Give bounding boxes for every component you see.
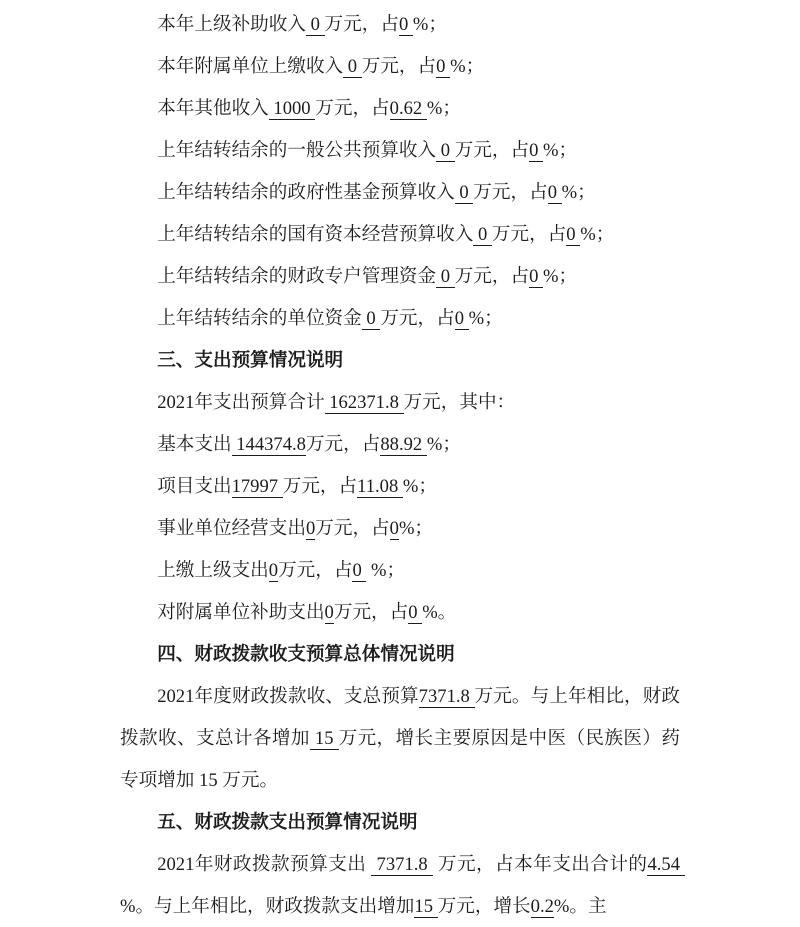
text-segment: %； [543, 140, 577, 161]
paragraph: 本年其他收入 1000 万元，占0.62 %； [120, 88, 680, 130]
text-segment: %； [427, 434, 461, 455]
underlined-value: 0.2 [531, 896, 554, 918]
text-segment: 2021年财政拨款预算支出 [157, 854, 371, 875]
underlined-value: 0 [529, 266, 543, 288]
text-segment: 本年其他收入 [157, 98, 269, 119]
paragraph: 2021年度财政拨款收、支总预算7371.8 万元。与上年相比，财政拨款收、支总… [120, 676, 680, 802]
underlined-value: 0 [436, 266, 455, 288]
paragraph: 上年结转结余的国有资本经营预算收入 0 万元，占0 %； [120, 214, 680, 256]
underlined-value: 0 [529, 140, 543, 162]
underlined-value: 4.54 [647, 854, 684, 876]
paragraph: 上年结转结余的一般公共预算收入 0 万元，占0 %； [120, 130, 680, 172]
underlined-value: 7371.8 [419, 686, 475, 708]
underlined-value: 0 [548, 182, 562, 204]
underlined-value: 0 [343, 56, 362, 78]
underlined-value: 88.92 [380, 434, 426, 456]
underlined-value: 0 [306, 14, 325, 36]
text-segment: 本年附属单位上缴收入 [157, 56, 343, 77]
text-segment: 万元，占 [380, 308, 454, 329]
text-segment: 对附属单位补助支出 [157, 602, 324, 623]
underlined-value: 0 [390, 518, 399, 540]
text-segment: 上年结转结余的财政专户管理资金 [157, 266, 436, 287]
text-segment: 万元，占 [455, 266, 529, 287]
text-segment: 四、财政拨款收支预算总体情况说明 [157, 644, 455, 665]
underlined-value: 0 [436, 140, 455, 162]
text-segment: 上年结转结余的一般公共预算收入 [157, 140, 436, 161]
paragraph: 事业单位经营支出0万元，占0%； [120, 508, 680, 550]
text-segment: 2021年度财政拨款收、支总预算 [157, 686, 418, 707]
paragraph: 2021年支出预算合计 162371.8 万元，其中： [120, 382, 680, 424]
section-heading: 四、财政拨款收支预算总体情况说明 [120, 634, 680, 676]
text-segment: 万元，占 [315, 518, 389, 539]
underlined-value: 162371.8 [325, 392, 404, 414]
underlined-value: 0 [455, 308, 469, 330]
text-segment: %； [469, 308, 503, 329]
underlined-value: 0.62 [390, 98, 427, 120]
text-segment: 万元，占 [362, 56, 436, 77]
text-segment: 万元，占 [315, 98, 389, 119]
underlined-value: 0 [306, 518, 315, 540]
underlined-value: 0 [352, 560, 366, 582]
text-segment: 三、支出预算情况说明 [157, 350, 343, 371]
text-segment: 上年结转结余的单位资金 [157, 308, 362, 329]
text-segment: 万元，占 [306, 434, 380, 455]
underlined-value: 0 [436, 56, 450, 78]
text-segment: %； [580, 224, 614, 245]
text-segment: 万元，占 [283, 476, 357, 497]
text-segment: 上缴上级支出 [157, 560, 269, 581]
paragraph: 项目支出17997 万元，占11.08 %； [120, 466, 680, 508]
underlined-value: 0 [455, 182, 474, 204]
underlined-value: 15 [414, 896, 437, 918]
underlined-value: 7371.8 [371, 854, 432, 876]
text-segment: 万元，增长 [438, 896, 531, 917]
paragraph: 上年结转结余的政府性基金预算收入 0 万元，占0 %； [120, 172, 680, 214]
text-segment: %； [543, 266, 577, 287]
text-segment: 万元，占 [278, 560, 352, 581]
document-page: 本年上级补助收入 0 万元，占0 %；本年附属单位上缴收入 0 万元，占0 %；… [0, 0, 800, 927]
text-segment: 万元，占 [455, 140, 529, 161]
text-segment: 2021年支出预算合计 [157, 392, 324, 413]
text-segment: 万元，占 [473, 182, 547, 203]
text-segment: 上年结转结余的国有资本经营预算收入 [157, 224, 473, 245]
text-segment: 项目支出 [157, 476, 231, 497]
text-segment: 事业单位经营支出 [157, 518, 306, 539]
text-segment: %； [562, 182, 596, 203]
text-segment: %； [427, 98, 461, 119]
underlined-value: 144374.8 [232, 434, 306, 456]
paragraph: 上缴上级支出0万元，占0 %； [120, 550, 680, 592]
text-segment: 万元，占 [334, 602, 408, 623]
underlined-value: 11.08 [357, 476, 403, 498]
underlined-value: 0 [566, 224, 580, 246]
text-segment: 五、财政拨款支出预算情况说明 [157, 812, 417, 833]
underlined-value: 0 [269, 560, 278, 582]
text-segment: %； [450, 56, 484, 77]
underlined-value: 1000 [269, 98, 315, 120]
paragraph: 上年结转结余的财政专户管理资金 0 万元，占0 %； [120, 256, 680, 298]
text-segment: %。 [422, 602, 456, 623]
paragraph: 本年上级补助收入 0 万元，占0 %； [120, 4, 680, 46]
underlined-value: 17997 [232, 476, 283, 498]
section-heading: 三、支出预算情况说明 [120, 340, 680, 382]
paragraph: 本年附属单位上缴收入 0 万元，占0 %； [120, 46, 680, 88]
text-segment: 基本支出 [157, 434, 231, 455]
text-segment: 本年上级补助收入 [157, 14, 306, 35]
text-segment: 上年结转结余的政府性基金预算收入 [157, 182, 455, 203]
text-segment: %； [399, 518, 433, 539]
paragraph: 基本支出 144374.8万元，占88.92 %； [120, 424, 680, 466]
underlined-value: 0 [399, 14, 413, 36]
section-heading: 五、财政拨款支出预算情况说明 [120, 802, 680, 844]
document-body: 本年上级补助收入 0 万元，占0 %；本年附属单位上缴收入 0 万元，占0 %；… [0, 0, 800, 927]
underlined-value: 0 [408, 602, 422, 624]
text-segment: %； [403, 476, 437, 497]
text-segment: %。主 [554, 896, 607, 917]
text-segment: %； [413, 14, 447, 35]
underlined-value: 15 [310, 728, 339, 750]
underlined-value: 0 [325, 602, 334, 624]
paragraph: 上年结转结余的单位资金 0 万元，占0 %； [120, 298, 680, 340]
text-segment: 万元，其中： [404, 392, 516, 413]
text-segment: 万元，占 [325, 14, 399, 35]
text-segment: %； [366, 560, 405, 581]
text-segment: 万元，占本年支出合计的 [433, 854, 648, 875]
paragraph: 对附属单位补助支出0万元，占0 %。 [120, 592, 680, 634]
paragraph: 2021年财政拨款预算支出 7371.8 万元，占本年支出合计的4.54 %。与… [120, 844, 680, 927]
text-segment: 万元，占 [492, 224, 566, 245]
underlined-value: 0 [362, 308, 381, 330]
underlined-value: 0 [473, 224, 492, 246]
text-segment: %。与上年相比，财政拨款支出增加 [120, 896, 414, 917]
